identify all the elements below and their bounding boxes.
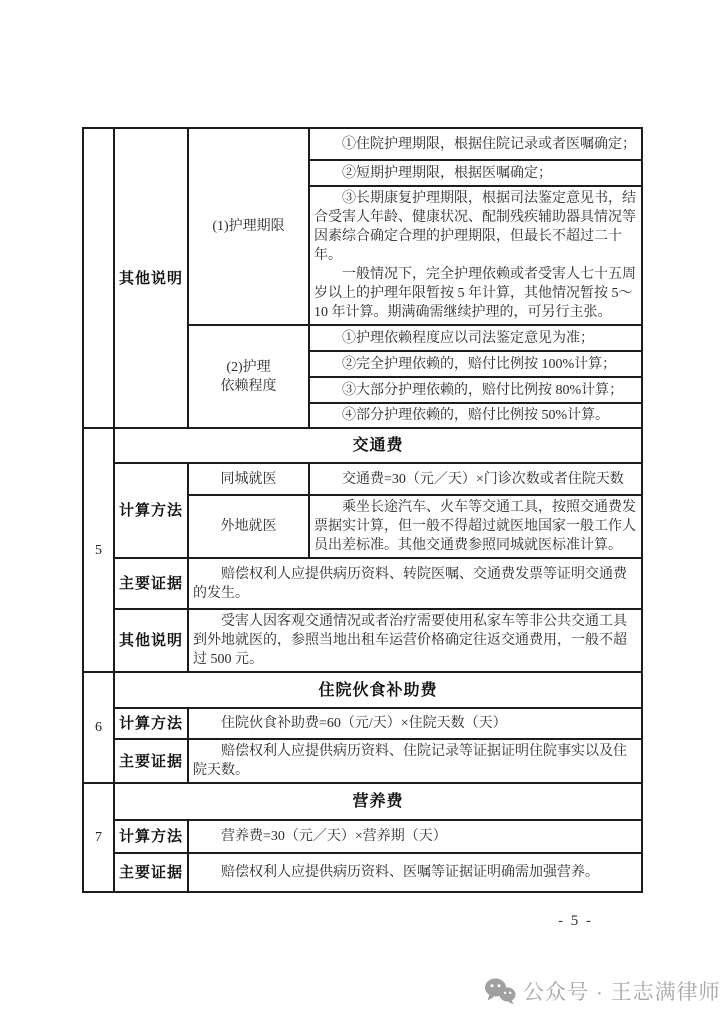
table-row: 主要证据 赔偿权利人应提供病历资料、住院记录等证据证明住院事实以及住院天数。	[83, 739, 642, 783]
care-period-item-1: ①住院护理期限，根据住院记录或者医嘱确定；	[309, 128, 642, 160]
table-row: 计算方法 住院伙食补助费=60（元/天）×住院天数（天）	[83, 708, 642, 739]
wechat-icon	[484, 977, 516, 1005]
table-row: 计算方法 营养费=30（元／天）×营养期（天）	[83, 820, 642, 853]
care-dependency-label-line-1: (2)护理	[193, 358, 304, 377]
nutrition-evidence-text: 赔偿权利人应提供病历资料、医嘱等证据证明确需加强营养。	[188, 853, 642, 892]
care-period-item-3-para-1: ③长期康复护理期限，根据司法鉴定意见书，结合受害人年龄、健康状况、配制残疾辅助器…	[314, 189, 636, 265]
care-dependency-item-4: ④部分护理依赖的，赔付比例按 50%计算。	[309, 403, 642, 428]
care-dependency-label-line-2: 依赖程度	[193, 377, 304, 396]
section-title-nutrition: 营养费	[114, 783, 642, 820]
table-row: 其他说明 (1)护理期限 ①住院护理期限，根据住院记录或者医嘱确定；	[83, 128, 642, 160]
transport-evidence-text: 赔偿权利人应提供病历资料、转院医嘱、交通费发票等证明交通费的发生。	[188, 558, 642, 609]
transport-other-notes-label: 其他说明	[114, 609, 188, 672]
page-number: - 5 -	[558, 913, 593, 930]
care-dependency-label: (2)护理 依赖程度	[188, 325, 309, 428]
nutrition-calc-method-label: 计算方法	[114, 820, 188, 853]
table-row: 6 住院伙食补助费	[83, 672, 642, 708]
remote-treatment-label: 外地就医	[188, 495, 309, 558]
remote-treatment-text: 乘坐长途汽车、火车等交通工具，按照交通费发票据实计算，但一般不得超过就医地国家一…	[309, 495, 642, 558]
hospital-food-evidence-text: 赔偿权利人应提供病历资料、住院记录等证据证明住院事实以及住院天数。	[188, 739, 642, 783]
care-period-item-3-para-2: 一般情况下，完全护理依赖或者受害人七十五周岁以上的护理年限暂按 5 年计算，其他…	[314, 265, 636, 322]
other-notes-label: 其他说明	[114, 128, 188, 428]
transport-other-notes-text: 受害人因客观交通情况或者治疗需要使用私家车等非公共交通工具到外地就医的，参照当地…	[188, 609, 642, 672]
table-row: 其他说明 受害人因客观交通情况或者治疗需要使用私家车等非公共交通工具到外地就医的…	[83, 609, 642, 672]
care-dependency-item-3: ③大部分护理依赖的，赔付比例按 80%计算；	[309, 377, 642, 403]
care-dependency-item-2: ②完全护理依赖的，赔付比例按 100%计算；	[309, 351, 642, 377]
table-row: 计算方法 同城就医 交通费=30（元／天）×门诊次数或者住院天数	[83, 463, 642, 495]
nutrition-evidence-label: 主要证据	[114, 853, 188, 892]
row-number-7: 7	[83, 783, 114, 892]
transport-evidence-label: 主要证据	[114, 558, 188, 609]
section-title-hospital-food: 住院伙食补助费	[114, 672, 642, 708]
care-period-item-3: ③长期康复护理期限，根据司法鉴定意见书，结合受害人年龄、健康状况、配制残疾辅助器…	[309, 186, 642, 325]
wechat-watermark: 公众号 · 王志满律师	[484, 976, 721, 1006]
nutrition-formula: 营养费=30（元／天）×营养期（天）	[188, 820, 642, 853]
compensation-standards-table: 其他说明 (1)护理期限 ①住院护理期限，根据住院记录或者医嘱确定； ②短期护理…	[82, 127, 643, 893]
section-title-transport: 交通费	[114, 428, 642, 463]
local-treatment-formula: 交通费=30（元／天）×门诊次数或者住院天数	[309, 463, 642, 495]
transport-calc-method-label: 计算方法	[114, 463, 188, 558]
row-number-6: 6	[83, 672, 114, 783]
wechat-account-label: 公众号 · 王志满律师	[523, 976, 721, 1006]
table-row: 主要证据 赔偿权利人应提供病历资料、医嘱等证据证明确需加强营养。	[83, 853, 642, 892]
hospital-food-calc-method-label: 计算方法	[114, 708, 188, 739]
care-period-item-2: ②短期护理期限，根据医嘱确定；	[309, 160, 642, 186]
table-row: 主要证据 赔偿权利人应提供病历资料、转院医嘱、交通费发票等证明交通费的发生。	[83, 558, 642, 609]
table-row: 7 营养费	[83, 783, 642, 820]
table-row: 5 交通费	[83, 428, 642, 463]
hospital-food-formula: 住院伙食补助费=60（元/天）×住院天数（天）	[188, 708, 642, 739]
care-period-label: (1)护理期限	[188, 128, 309, 325]
row-number-cell-empty	[83, 128, 114, 428]
care-dependency-item-1: ①护理依赖程度应以司法鉴定意见为准；	[309, 325, 642, 351]
hospital-food-evidence-label: 主要证据	[114, 739, 188, 783]
local-treatment-label: 同城就医	[188, 463, 309, 495]
row-number-5: 5	[83, 428, 114, 672]
